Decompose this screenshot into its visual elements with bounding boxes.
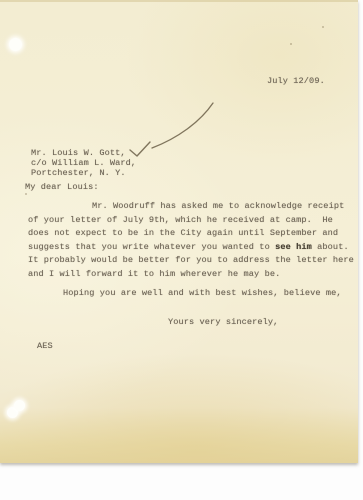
date-line: July 12/09. (267, 76, 325, 86)
body-line-4-post: about. (312, 242, 349, 252)
paper-top-edge (0, 0, 358, 2)
body-line-2: of your letter of July 9th, which he rec… (28, 215, 333, 225)
recipient-care-of: c/o William L. Ward, (31, 158, 136, 168)
valediction: Yours very sincerely, (168, 317, 278, 327)
paper-speck (290, 43, 292, 45)
body-line-3: does not expect to be in the City again … (28, 228, 338, 238)
body-line-6: and I will forward it to him wherever he… (28, 269, 280, 279)
recipient-city: Portchester, N. Y. (31, 168, 126, 178)
typist-initials: AES (37, 341, 53, 351)
salutation: My dear Louis: (25, 182, 99, 192)
body-line-1: Mr. Woodruff has asked me to acknowledge… (92, 201, 344, 211)
recipient-name: Mr. Louis W. Gott, (31, 148, 126, 158)
body-line-4: suggests that you write whatever you wan… (28, 242, 349, 252)
scanned-letter-page: July 12/09. Mr. Louis W. Gott, c/o Willi… (0, 0, 363, 500)
body-line-4-pre: suggests that you write whatever you wan… (28, 242, 275, 252)
body-line-5: It probably would be better for you to a… (28, 255, 354, 265)
paper-speck (25, 193, 27, 195)
body-line-4-overstrike: see him (275, 242, 312, 252)
punch-hole-top (9, 38, 22, 51)
paper-speck (322, 26, 324, 28)
closing-sentence: Hoping you are well and with best wishes… (63, 288, 342, 298)
punch-hole-bottom-right (14, 400, 25, 411)
